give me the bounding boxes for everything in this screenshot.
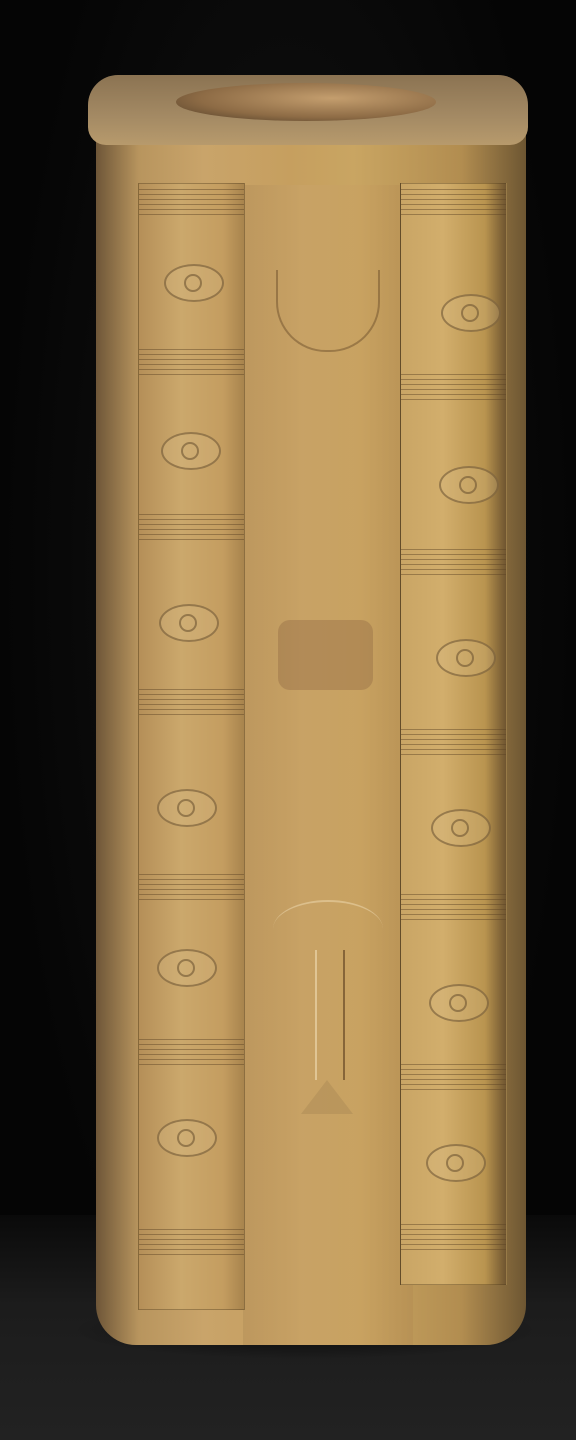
incised-band [139, 514, 244, 540]
right-corner-block [400, 183, 507, 1285]
eye-motif [426, 1144, 486, 1182]
pillar-stem [315, 950, 345, 1080]
incised-band [139, 1039, 244, 1065]
eye-motif [431, 809, 491, 847]
pillar-base [301, 1080, 353, 1114]
eye-motif [164, 264, 224, 302]
eye-motif [439, 466, 499, 504]
eye-motif [157, 949, 217, 987]
mask-motif [278, 620, 373, 690]
bird-pillar-emblem [273, 900, 383, 1120]
incised-band [139, 689, 244, 715]
circular-bore [176, 83, 436, 121]
eye-motif [157, 1119, 217, 1157]
incised-band [139, 189, 244, 215]
jade-cong [88, 75, 528, 1345]
incised-band [401, 894, 506, 920]
incised-band [401, 1064, 506, 1090]
eye-motif [159, 604, 219, 642]
eye-motif [436, 639, 496, 677]
incised-band [139, 1229, 244, 1255]
eye-motif [161, 432, 221, 470]
incised-band [401, 549, 506, 575]
incised-band [139, 349, 244, 375]
incised-band [401, 189, 506, 215]
incised-band [401, 1224, 506, 1250]
left-corner-block [138, 183, 245, 1310]
cong-top-collar [88, 75, 528, 145]
eye-motif [441, 294, 501, 332]
central-face-panel [243, 185, 413, 1345]
eye-motif [429, 984, 489, 1022]
incised-band [401, 729, 506, 755]
incised-band [401, 374, 506, 400]
eye-motif [157, 789, 217, 827]
incised-band [139, 874, 244, 900]
